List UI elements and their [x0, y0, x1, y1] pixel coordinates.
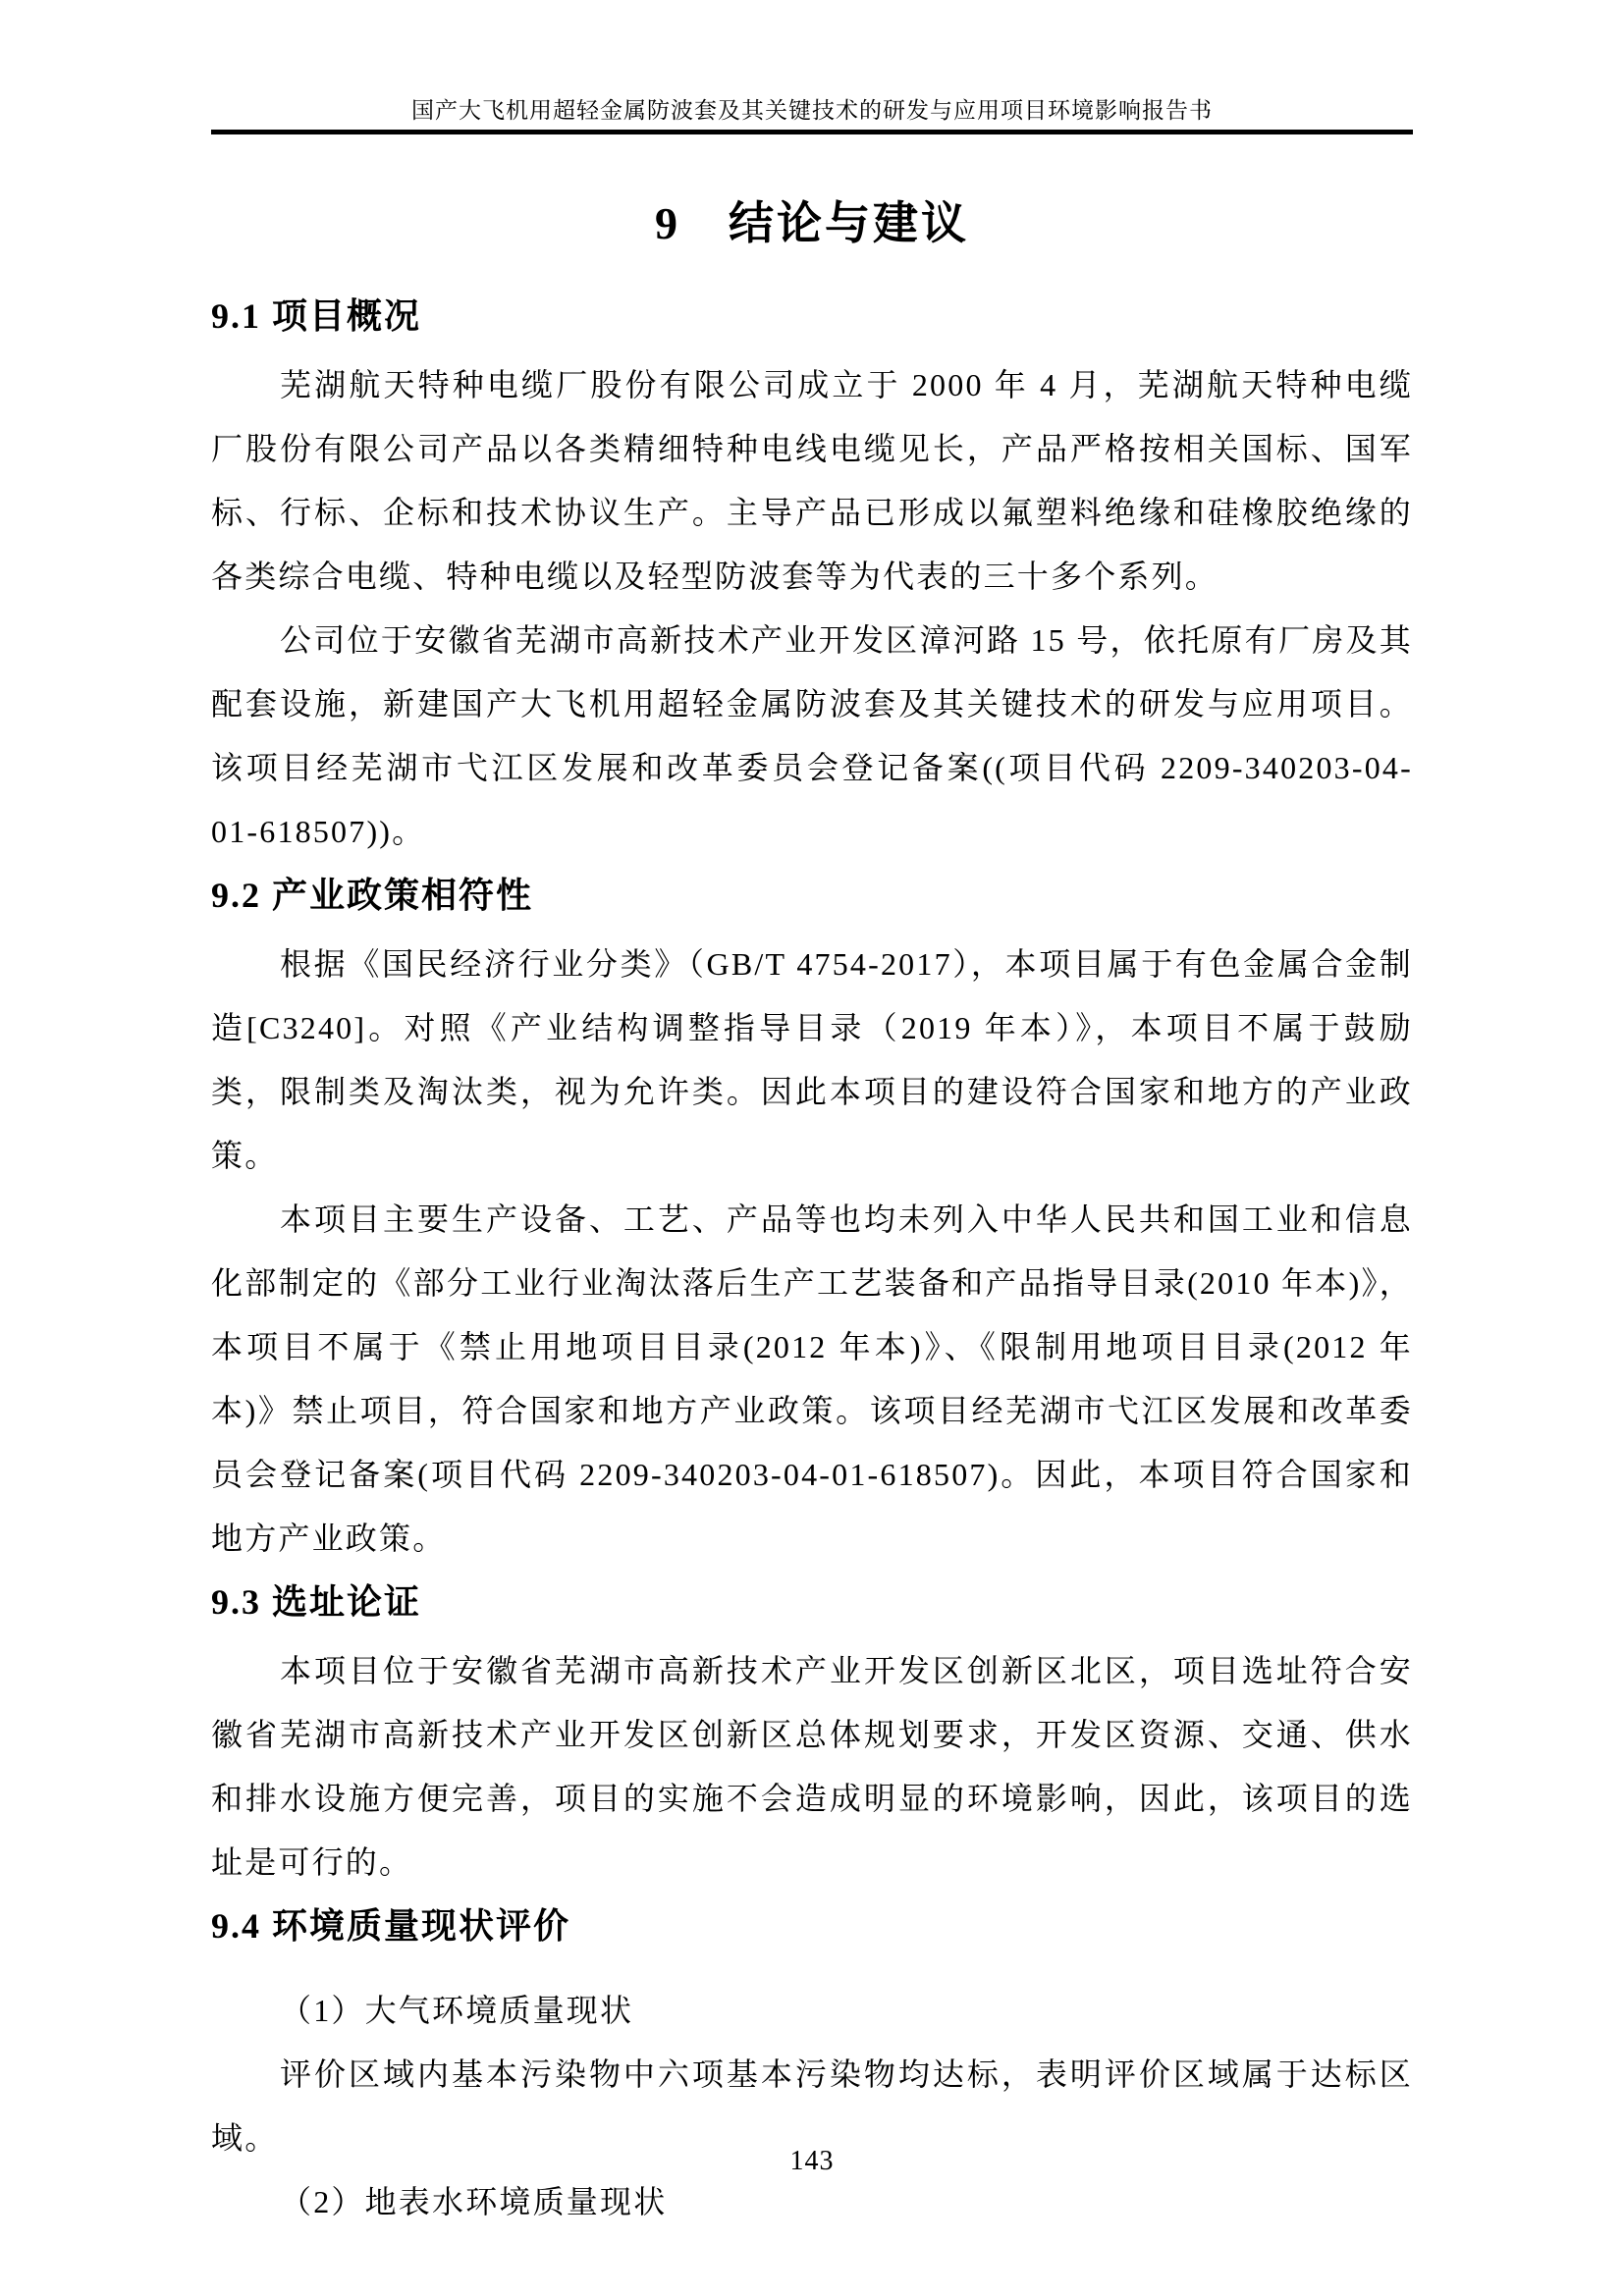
page-footer: 143: [0, 2145, 1624, 2178]
header-rule: [211, 130, 1413, 134]
section-heading-9-4: 9.4 环境质量现状评价: [211, 1902, 1413, 1949]
section-heading-9-3: 9.3 选址论证: [211, 1578, 1413, 1626]
section-heading-9-1: 9.1 项目概况: [211, 293, 1413, 340]
paragraph-project-location-record: 公司位于安徽省芜湖市高新技术产业开发区漳河路 15 号，依托原有厂房及其配套设施…: [211, 609, 1413, 864]
section-heading-9-2: 9.2 产业政策相符性: [211, 872, 1413, 919]
paragraph-air-quality-label: （1）大气环境质量现状: [211, 1979, 1413, 2043]
paragraph-company-intro: 芜湖航天特种电缆厂股份有限公司成立于 2000 年 4 月，芜湖航天特种电缆厂股…: [211, 353, 1413, 609]
document-header: 国产大飞机用超轻金属防波套及其关键技术的研发与应用项目环境影响报告书: [211, 96, 1413, 134]
paragraph-industry-classification: 根据《国民经济行业分类》（GB/T 4754-2017），本项目属于有色金属合金…: [211, 933, 1413, 1188]
paragraph-surface-water-label: （2）地表水环境质量现状: [211, 2170, 1413, 2234]
page-number: 143: [790, 2146, 835, 2176]
chapter-title: 9 结论与建议: [211, 194, 1413, 253]
paragraph-policy-compliance: 本项目主要生产设备、工艺、产品等也均未列入中华人民共和国工业和信息化部制定的《部…: [211, 1188, 1413, 1571]
document-page: 国产大飞机用超轻金属防波套及其关键技术的研发与应用项目环境影响报告书 9 结论与…: [0, 0, 1624, 2296]
document-header-title: 国产大飞机用超轻金属防波套及其关键技术的研发与应用项目环境影响报告书: [211, 96, 1413, 126]
paragraph-site-selection: 本项目位于安徽省芜湖市高新技术产业开发区创新区北区，项目选址符合安徽省芜湖市高新…: [211, 1639, 1413, 1895]
